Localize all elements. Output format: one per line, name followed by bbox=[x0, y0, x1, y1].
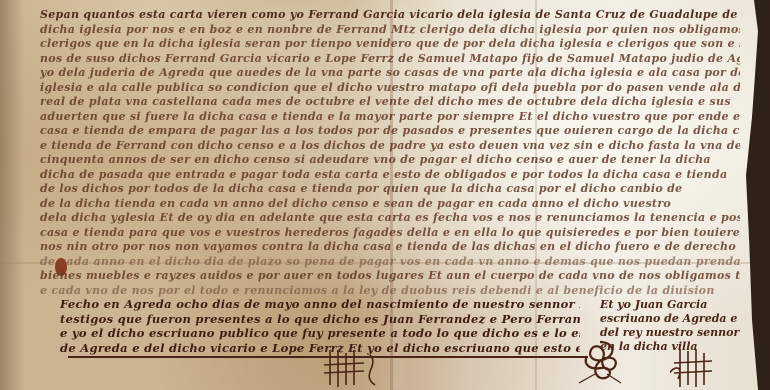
body-line: de cada anno en el dicho dia de plazo so… bbox=[40, 255, 740, 270]
body-line: clerigos que en la dicha iglesia seran p… bbox=[40, 37, 740, 52]
body-line: iglesia e ala calle publica so condicion… bbox=[40, 81, 740, 96]
body-line: dicha iglesia por nos e en boz e en nonb… bbox=[40, 23, 740, 38]
body-line: nos de suso dichos Ferrand Garcia vicari… bbox=[40, 52, 740, 67]
body-line: casa e tienda para que vos e vuestros he… bbox=[40, 226, 740, 241]
body-line: de los dichos por todos de la dicha casa… bbox=[40, 182, 740, 197]
rubric-signature-right-icon bbox=[670, 345, 740, 390]
closing-line: Fecho en Agreda ocho dias de mayo anno d… bbox=[60, 297, 580, 312]
body-line: Sepan quantos esta carta vieren como yo … bbox=[40, 8, 740, 23]
body-line: bienes muebles e rayzes auidos e por aue… bbox=[40, 269, 740, 284]
body-line: yo dela juderia de Agreda que auedes de … bbox=[40, 66, 740, 81]
closing-line: testigos que fueron presentes a lo que d… bbox=[60, 312, 580, 327]
manuscript-photo: Sepan quantos esta carta vieren como yo … bbox=[0, 0, 770, 390]
body-line: e tienda de Ferrand con dicho censo e a … bbox=[40, 139, 740, 154]
body-line: cinquenta annos de ser en dicho censo si… bbox=[40, 153, 740, 168]
rubric-signature-left-icon bbox=[320, 345, 400, 390]
body-line: e cada vno de nos por el todo e renuncia… bbox=[40, 284, 740, 299]
body-line: aduerten que si fuere la dicha casa e ti… bbox=[40, 110, 740, 125]
body-line: dela dicha yglesia Et de oy dia en adela… bbox=[40, 211, 740, 226]
body-line: dicha de pasada que entrada e pagar toda… bbox=[40, 168, 740, 183]
body-line: de la dicha tienda en cada vn anno del d… bbox=[40, 197, 740, 212]
body-line: nos nin otro por nos non vayamos contra … bbox=[40, 240, 740, 255]
parchment-left-shadow bbox=[0, 0, 24, 390]
body-line: real de plata vna castellana cada mes de… bbox=[40, 95, 740, 110]
closing-line: e yo el dicho escriuano publico que fuy … bbox=[60, 326, 580, 341]
body-line: casa e tienda de empara de pagar las a l… bbox=[40, 124, 740, 139]
charter-body-text: Sepan quantos esta carta vieren como yo … bbox=[40, 8, 740, 298]
